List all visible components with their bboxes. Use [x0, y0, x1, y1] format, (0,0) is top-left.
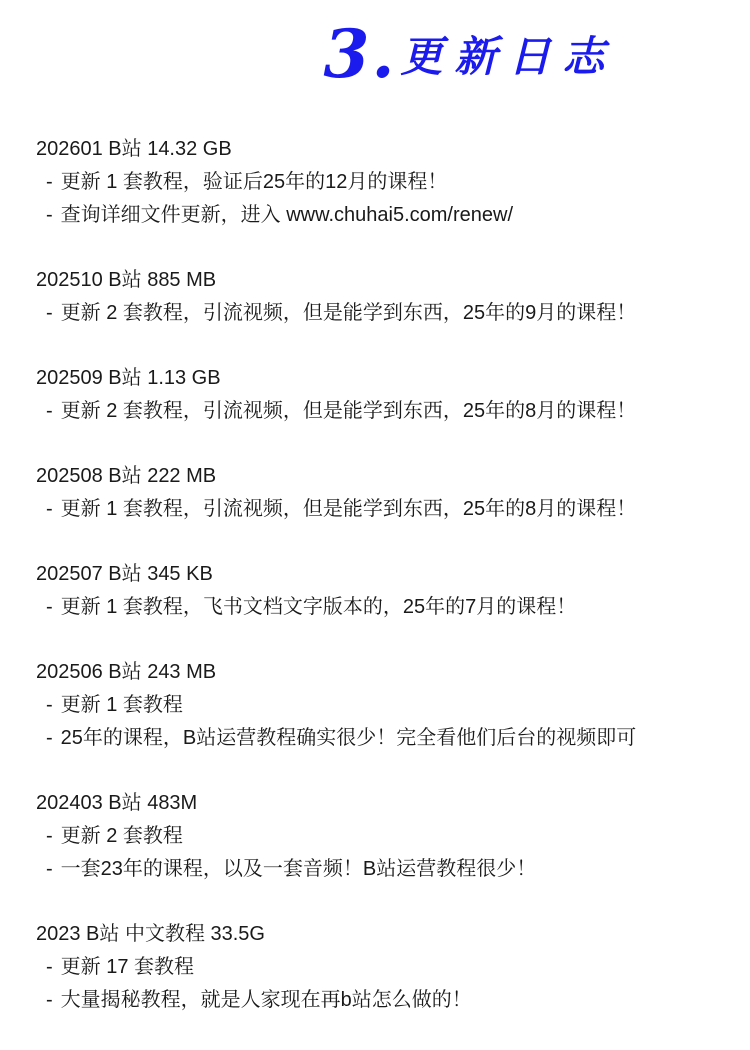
changelog-entry-202601: 202601 B站 14.32 GB -更新 1 套教程，验证后25年的12月的… — [36, 133, 720, 232]
entry-header: 2023 B站 中文教程 33.5G — [36, 918, 720, 951]
entry-bullet: -更新 1 套教程，引流视频，但是能学到东西，25年的8月的课程！ — [36, 493, 720, 526]
changelog-entry-2023: 2023 B站 中文教程 33.5G -更新 17 套教程 -大量揭秘教程，就是… — [36, 918, 720, 1017]
bullet-text: 更新 1 套教程 — [61, 694, 183, 716]
entry-header: 202601 B站 14.32 GB — [36, 133, 720, 166]
page-title: 3.更新日志 — [0, 0, 750, 96]
title-text: 更新日志 — [400, 33, 616, 80]
changelog-entry-202506: 202506 B站 243 MB -更新 1 套教程 -25年的课程，B站运营教… — [36, 656, 720, 755]
title-number: 3. — [324, 15, 397, 93]
bullet-dash: - — [46, 694, 53, 716]
bullet-dash: - — [46, 858, 53, 880]
bullet-dash: - — [46, 956, 53, 978]
entry-bullet: -大量揭秘教程，就是人家现在再b站怎么做的！ — [36, 984, 720, 1017]
bullet-dash: - — [46, 171, 53, 193]
entry-header: 202507 B站 345 KB — [36, 558, 720, 591]
entry-bullet: -更新 2 套教程 — [36, 820, 720, 853]
entry-header: 202510 B站 885 MB — [36, 264, 720, 297]
entry-bullet: -更新 1 套教程，飞书文档文字版本的，25年的7月的课程！ — [36, 591, 720, 624]
changelog-entry-202508: 202508 B站 222 MB -更新 1 套教程，引流视频，但是能学到东西，… — [36, 460, 720, 526]
changelog-list: 202601 B站 14.32 GB -更新 1 套教程，验证后25年的12月的… — [0, 96, 750, 1017]
bullet-text: 一套23年的课程，以及一套音频！B站运营教程很少！ — [61, 858, 537, 880]
changelog-entry-202509: 202509 B站 1.13 GB -更新 2 套教程，引流视频，但是能学到东西… — [36, 362, 720, 428]
bullet-text: 更新 2 套教程 — [61, 825, 183, 847]
entry-header: 202403 B站 483M — [36, 787, 720, 820]
changelog-entry-202403: 202403 B站 483M -更新 2 套教程 -一套23年的课程，以及一套音… — [36, 787, 720, 886]
bullet-text: 大量揭秘教程，就是人家现在再b站怎么做的！ — [61, 989, 472, 1011]
bullet-dash: - — [46, 204, 53, 226]
bullet-dash: - — [46, 989, 53, 1011]
bullet-text: 更新 17 套教程 — [61, 956, 194, 978]
entry-bullet: -一套23年的课程，以及一套音频！B站运营教程很少！ — [36, 853, 720, 886]
bullet-dash: - — [46, 825, 53, 847]
entry-header: 202508 B站 222 MB — [36, 460, 720, 493]
entry-bullet: -25年的课程，B站运营教程确实很少！完全看他们后台的视频即可 — [36, 722, 720, 755]
entry-header: 202506 B站 243 MB — [36, 656, 720, 689]
bullet-dash: - — [46, 596, 53, 618]
update-log-page: 3.更新日志 202601 B站 14.32 GB -更新 1 套教程，验证后2… — [0, 0, 750, 1050]
renew-url[interactable]: www.chuhai5.com/renew/ — [286, 204, 513, 226]
bullet-dash: - — [46, 400, 53, 422]
entry-bullet: -更新 17 套教程 — [36, 951, 720, 984]
bullet-dash: - — [46, 302, 53, 324]
changelog-entry-202507: 202507 B站 345 KB -更新 1 套教程，飞书文档文字版本的，25年… — [36, 558, 720, 624]
entry-bullet: -更新 1 套教程 — [36, 689, 720, 722]
bullet-dash: - — [46, 727, 53, 749]
entry-bullet: -更新 2 套教程，引流视频，但是能学到东西，25年的8月的课程！ — [36, 395, 720, 428]
bullet-text: 更新 2 套教程，引流视频，但是能学到东西，25年的9月的课程！ — [61, 302, 637, 324]
bullet-dash: - — [46, 498, 53, 520]
bullet-text: 更新 1 套教程，引流视频，但是能学到东西，25年的8月的课程！ — [61, 498, 637, 520]
entry-header: 202509 B站 1.13 GB — [36, 362, 720, 395]
changelog-entry-202510: 202510 B站 885 MB -更新 2 套教程，引流视频，但是能学到东西，… — [36, 264, 720, 330]
entry-bullet: -更新 2 套教程，引流视频，但是能学到东西，25年的9月的课程！ — [36, 297, 720, 330]
bullet-text: 25年的课程，B站运营教程确实很少！完全看他们后台的视频即可 — [61, 727, 637, 749]
bullet-text: 更新 1 套教程，验证后25年的12月的课程！ — [61, 171, 448, 193]
bullet-text: 更新 2 套教程，引流视频，但是能学到东西，25年的8月的课程！ — [61, 400, 637, 422]
bullet-text: 查询详细文件更新，进入 — [61, 204, 287, 226]
entry-bullet: -更新 1 套教程，验证后25年的12月的课程！ — [36, 166, 720, 199]
bullet-text: 更新 1 套教程，飞书文档文字版本的，25年的7月的课程！ — [61, 596, 577, 618]
entry-bullet: -查询详细文件更新，进入 www.chuhai5.com/renew/ — [36, 199, 720, 232]
